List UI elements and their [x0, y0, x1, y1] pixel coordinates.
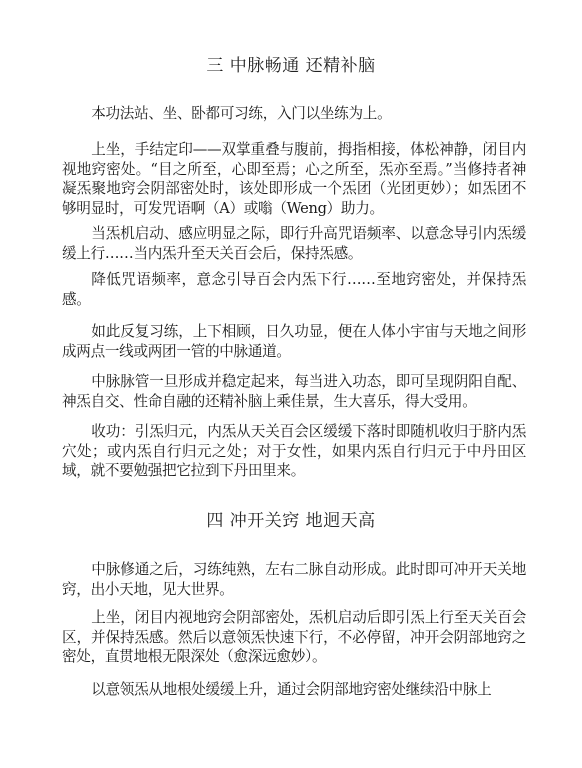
- paragraph: 当炁机启动、感应明显之际，即行升高咒语频率、以意念导引内炁缓缓上行……当内炁升至…: [62, 224, 526, 263]
- paragraph: 中脉修通之后，习练纯熟，左右二脉自动形成。此时即可冲开天关地窍，出小天地，见大世…: [62, 560, 526, 599]
- paragraph: 如此反复习练，上下相顾，日久功显，便在人体小宇宙与天地之间形成两点一线或两团一管…: [62, 322, 526, 361]
- document-page: 三 中脉畅通 还精补脑 本功法站、坐、卧都可习练，入门以坐练为上。 上坐，手结定…: [0, 0, 582, 768]
- paragraph: 上坐，手结定印——双掌重叠与腹前，拇指相接，体松神静，闭目内视地窍密处。“目之所…: [62, 140, 526, 218]
- paragraph: 本功法站、坐、卧都可习练，入门以坐练为上。: [62, 104, 526, 124]
- section-heading-3: 三 中脉畅通 还精补脑: [0, 56, 582, 76]
- paragraph: 中脉脉管一旦形成并稳定起来，每当进入功态，即可呈现阴阳自配、神炁自交、性命自融的…: [62, 372, 526, 411]
- paragraph: 上坐，闭目内视地窍会阴部密处，炁机启动后即引炁上行至天关百会区，并保持炁感。然后…: [62, 608, 526, 667]
- section-heading-4: 四 冲开关窍 地迥天高: [0, 511, 582, 531]
- paragraph: 降低咒语频率，意念引导百会内炁下行……至地窍密处，并保持炁感。: [62, 270, 526, 309]
- paragraph: 以意领炁从地根处缓缓上升，通过会阴部地窍密处继续沿中脉上: [62, 680, 526, 700]
- paragraph: 收功：引炁归元，内炁从天关百会区缓缓下落时即随机收归于脐内炁穴处；或内炁自行归元…: [62, 422, 526, 481]
